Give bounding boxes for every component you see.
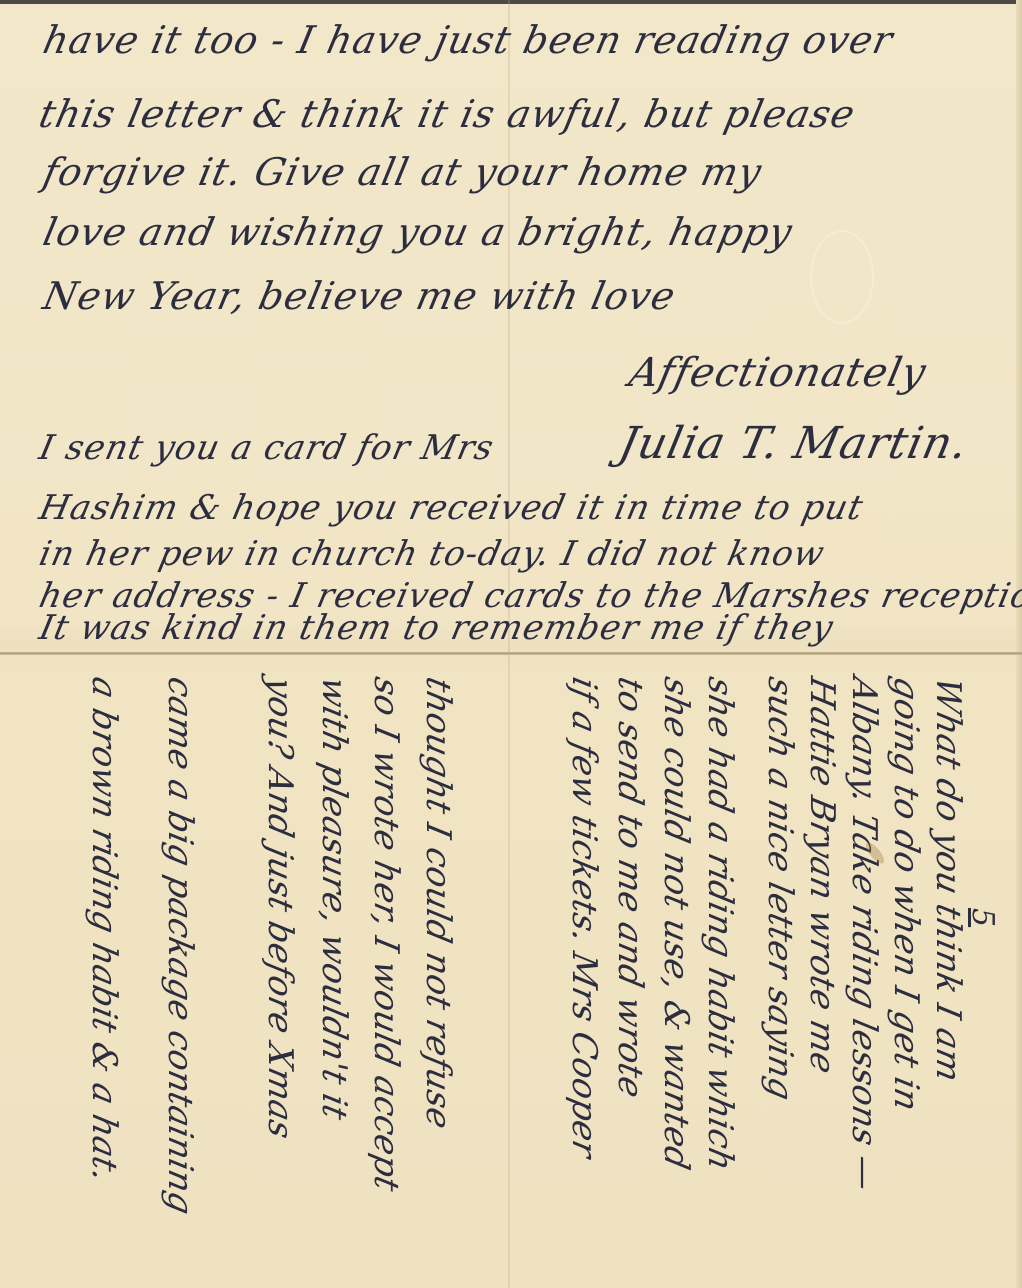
letter-closing: Affectionately — [625, 350, 930, 396]
body-line: love and wishing you a bright, happy — [39, 210, 796, 254]
body-line: New Year, believe me with love — [39, 274, 680, 318]
rotated-line: Albany. Take riding lessons — — [844, 673, 884, 1194]
paper-fold-line — [0, 652, 1022, 655]
rotated-line: she had a riding habit which — [700, 673, 740, 1174]
rotated-line: if a few tickets. Mrs Cooper — [564, 673, 604, 1161]
rotated-line: thought I could not refuse — [418, 673, 458, 1132]
postscript-line: in her pew in church to-day. I did not k… — [36, 534, 829, 574]
letter-page: have it too - I have just been reading o… — [0, 0, 1022, 1288]
postscript-line: I sent you a card for Mrs — [36, 428, 498, 468]
letter-signature: Julia T. Martin. — [615, 418, 973, 469]
letter-rotated-section: What do you think I am going to do when … — [0, 656, 1022, 1288]
rotated-line: with pleasure, wouldn't it — [314, 673, 354, 1123]
body-line: this letter & think it is awful, but ple… — [35, 92, 859, 136]
rotated-line: Hattie Bryan wrote me — [802, 673, 842, 1077]
rotated-line: she could not use, & wanted — [656, 673, 696, 1172]
rotated-line: you? And just before Xmas — [260, 673, 300, 1142]
postscript-line: Hashim & hope you received it in time to… — [36, 488, 867, 528]
rotated-line: a brown riding habit & a hat. — [84, 673, 124, 1185]
postscript-line: It was kind in them to remember me if th… — [36, 608, 837, 648]
page-number: 5 — [965, 908, 1000, 927]
rotated-line: What do you think I am — [928, 673, 968, 1085]
rotated-line: going to do when I get in — [886, 673, 926, 1114]
rotated-line: so I wrote her, I would accept — [366, 673, 406, 1194]
rotated-line: came a big package containing — [160, 673, 200, 1218]
letter-upper-section: have it too - I have just been reading o… — [0, 0, 1022, 652]
body-line: forgive it. Give all at your home my — [39, 150, 766, 194]
rotated-line: such a nice letter saying — [760, 673, 800, 1103]
body-line: have it too - I have just been reading o… — [39, 18, 897, 62]
rotated-line: to send to me and wrote — [610, 673, 650, 1101]
